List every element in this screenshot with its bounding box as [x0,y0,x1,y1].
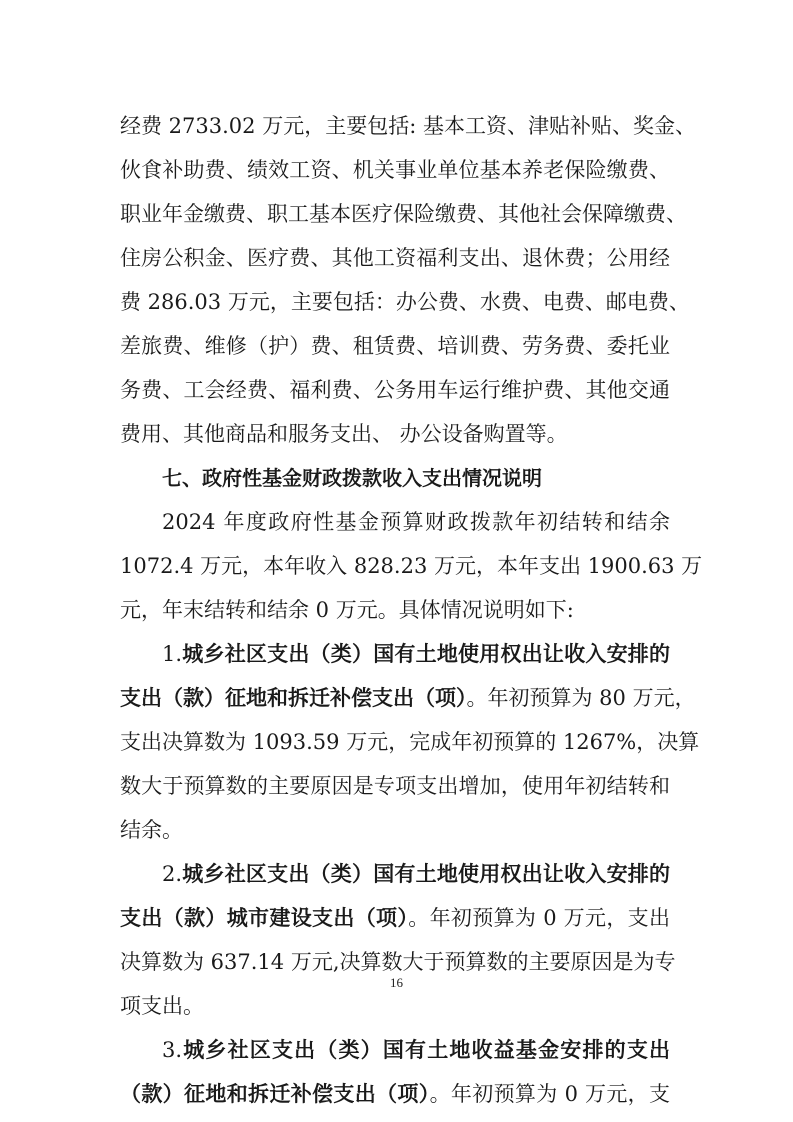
paragraph-line: 经费 2733.02 万元，主要包括: 基本工资、津贴补贴、奖金、 [120,106,670,146]
paragraph-line: 伙食补助费、绩效工资、机关事业单位基本养老保险缴费、 [120,150,670,190]
item-category: 城乡社区支出（类）国有土地收益基金安排的支出 [182,1037,670,1062]
item-title-line: 支出（款）城市建设支出（项）。年初预算为 0 万元，支出 [120,898,670,938]
item-title-line: 1.城乡社区支出（类）国有土地使用权出让收入安排的 [162,634,670,674]
item-category-cont: 支出（款）城市建设支出（项） [120,905,408,930]
paragraph-line: 1072.4 万元，本年收入 828.23 万元，本年支出 1900.63 万 [120,546,670,586]
item-category: 城乡社区支出（类）国有土地使用权出让收入安排的 [182,641,670,666]
section-heading: 七、政府性基金财政拨款收入支出情况说明 [162,458,670,498]
item-category: 城乡社区支出（类）国有土地使用权出让收入安排的 [182,861,670,886]
item-budget-text: 。年初预算为 0 万元，支 [430,1082,670,1106]
paragraph-line: 项支出。 [120,986,670,1026]
paragraph-line: 元，年末结转和结余 0 万元。具体情况说明如下: [120,590,670,630]
paragraph-line: 费用、其他商品和服务支出、 办公设备购置等。 [120,414,670,454]
paragraph-line: 职业年金缴费、职工基本医疗保险缴费、其他社会保障缴费、 [120,194,670,234]
item-title-line: 3.城乡社区支出（类）国有土地收益基金安排的支出 [162,1030,670,1070]
item-budget-text: 。年初预算为 80 万元， [467,686,696,710]
item-budget-text: 。年初预算为 0 万元，支出 [408,906,670,930]
paragraph-line: 务费、工会经费、福利费、公务用车运行维护费、其他交通 [120,370,670,410]
item-number: 3. [162,1038,182,1062]
page-number: 16 [0,975,793,991]
item-title-line: 2.城乡社区支出（类）国有土地使用权出让收入安排的 [162,854,670,894]
paragraph-line: 数大于预算数的主要原因是专项支出增加，使用年初结转和 [120,766,670,806]
paragraph-line: 支出决算数为 1093.59 万元，完成年初预算的 1267%，决算 [120,722,670,762]
paragraph-line: 差旅费、维修（护）费、租赁费、培训费、劳务费、委托业 [120,326,670,366]
paragraph-line: 结余。 [120,810,670,850]
document-page: 经费 2733.02 万元，主要包括: 基本工资、津贴补贴、奖金、 伙食补助费、… [0,0,793,1122]
paragraph-line: 住房公积金、医疗费、其他工资福利支出、退休费；公用经 [120,238,670,278]
item-number: 1. [162,642,182,666]
item-title-line: 支出（款）征地和拆迁补偿支出（项）。年初预算为 80 万元， [120,678,670,718]
item-category-cont: 支出（款）征地和拆迁补偿支出（项） [120,685,467,710]
paragraph-line: 费 286.03 万元，主要包括：办公费、水费、电费、邮电费、 [120,282,670,322]
paragraph-line: 2024 年度政府性基金预算财政拨款年初结转和结余 [162,502,670,542]
item-category-cont: （款）征地和拆迁补偿支出（项） [120,1081,430,1106]
item-title-line: （款）征地和拆迁补偿支出（项）。年初预算为 0 万元，支 [120,1074,670,1114]
item-number: 2. [162,862,182,886]
